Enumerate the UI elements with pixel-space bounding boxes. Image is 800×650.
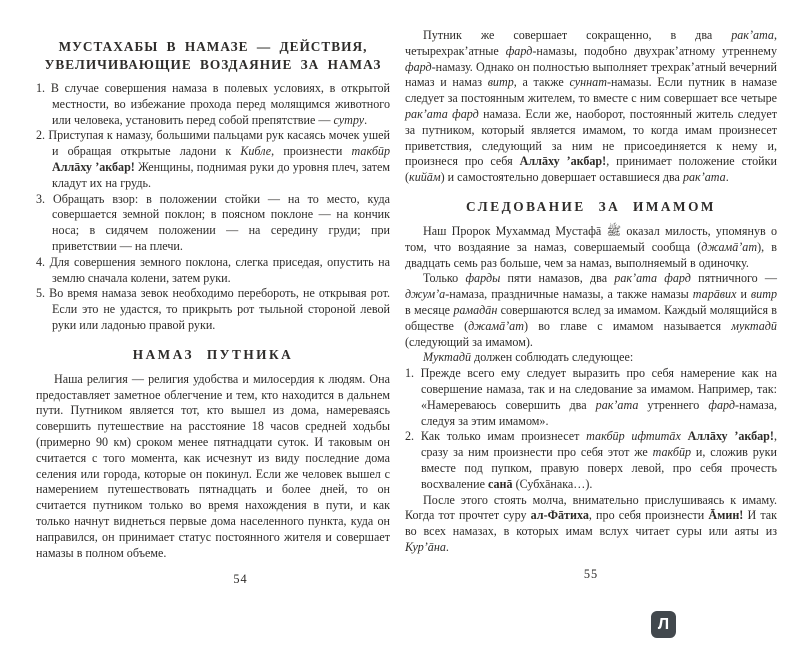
- list-item-text: В случае совершения намаза в полевых усл…: [51, 81, 390, 127]
- labirint-logo: Л: [651, 611, 676, 638]
- list-item-number: 2.: [36, 128, 45, 142]
- mustahab-list: 1. В случае совершения намаза в полевых …: [36, 81, 390, 334]
- list-item-number: 1.: [36, 81, 45, 95]
- list-item-number: 2.: [405, 429, 414, 443]
- list-item: 1. Прежде всего ему следует выразить про…: [405, 366, 777, 429]
- list-item: 3. Обращать взор: в положении стойки — н…: [36, 192, 390, 255]
- list-item: 4. Для совершения земного поклона, слегк…: [36, 255, 390, 287]
- fard-namaz-paragraph: Только фарды пяти намазов, два рак’ата ф…: [405, 271, 777, 350]
- muqtadi-intro-line: Муктадӣ должен соблюдать следующее:: [405, 350, 777, 366]
- left-page-title: МУСТАХАБЫ В НАМАЗЕ — ДЕЙСТВИЯ, УВЕЛИЧИВА…: [36, 38, 390, 74]
- list-item-number: 4.: [36, 255, 45, 269]
- list-item-text: Приступая к намазу, большими пальцами ру…: [48, 128, 390, 189]
- page-number-right: 55: [405, 567, 777, 583]
- traveler-shortening-paragraph: Путник же совершает сокращенно, в два ра…: [405, 28, 777, 186]
- section-title-namaz-putnika: НАМАЗ ПУТНИКА: [36, 346, 390, 363]
- list-item-text: Во время намаза зевок необходимо перебор…: [49, 286, 390, 332]
- right-page: Путник же совершает сокращенно, в два ра…: [405, 28, 777, 583]
- traveler-paragraph: Наша религия — религия удобства и милосе…: [36, 372, 390, 562]
- closing-paragraph: После этого стоять молча, внимательно пр…: [405, 493, 777, 556]
- page-number-left: 54: [36, 572, 390, 588]
- section-title-sledovanie-za-imamom: СЛЕДОВАНИЕ ЗА ИМАМОМ: [405, 198, 777, 215]
- list-item: 2. Как только имам произнесет такбӣр ифт…: [405, 429, 777, 492]
- left-page-title-line1: МУСТАХАБЫ В НАМАЗЕ — ДЕЙСТВИЯ,: [36, 38, 390, 56]
- prophet-paragraph: Наш Пророк Мухаммад Мустафā ﷺ оказал мил…: [405, 224, 777, 271]
- list-item: 1. В случае совершения намаза в полевых …: [36, 81, 390, 128]
- list-item-text: Обращать взор: в положении стойки — на т…: [52, 192, 390, 253]
- list-item-number: 1.: [405, 366, 414, 380]
- list-item-number: 5.: [36, 286, 45, 300]
- list-item-text: Как только имам произнесет такбӣр ифтитā…: [421, 429, 777, 490]
- muqtadi-rules-list: 1. Прежде всего ему следует выразить про…: [405, 366, 777, 492]
- list-item-text: Для совершения земного поклона, слегка п…: [50, 255, 390, 285]
- left-page: МУСТАХАБЫ В НАМАЗЕ — ДЕЙСТВИЯ, УВЕЛИЧИВА…: [36, 38, 390, 588]
- list-item-text: Прежде всего ему следует выразить про се…: [421, 366, 777, 427]
- labirint-logo-letter: Л: [658, 616, 669, 634]
- list-item-number: 3.: [36, 192, 45, 206]
- left-page-title-line2: УВЕЛИЧИВАЮЩИЕ ВОЗДАЯНИЕ ЗА НАМАЗ: [36, 56, 390, 74]
- list-item: 2. Приступая к намазу, большими пальцами…: [36, 128, 390, 191]
- list-item: 5. Во время намаза зевок необходимо пере…: [36, 286, 390, 333]
